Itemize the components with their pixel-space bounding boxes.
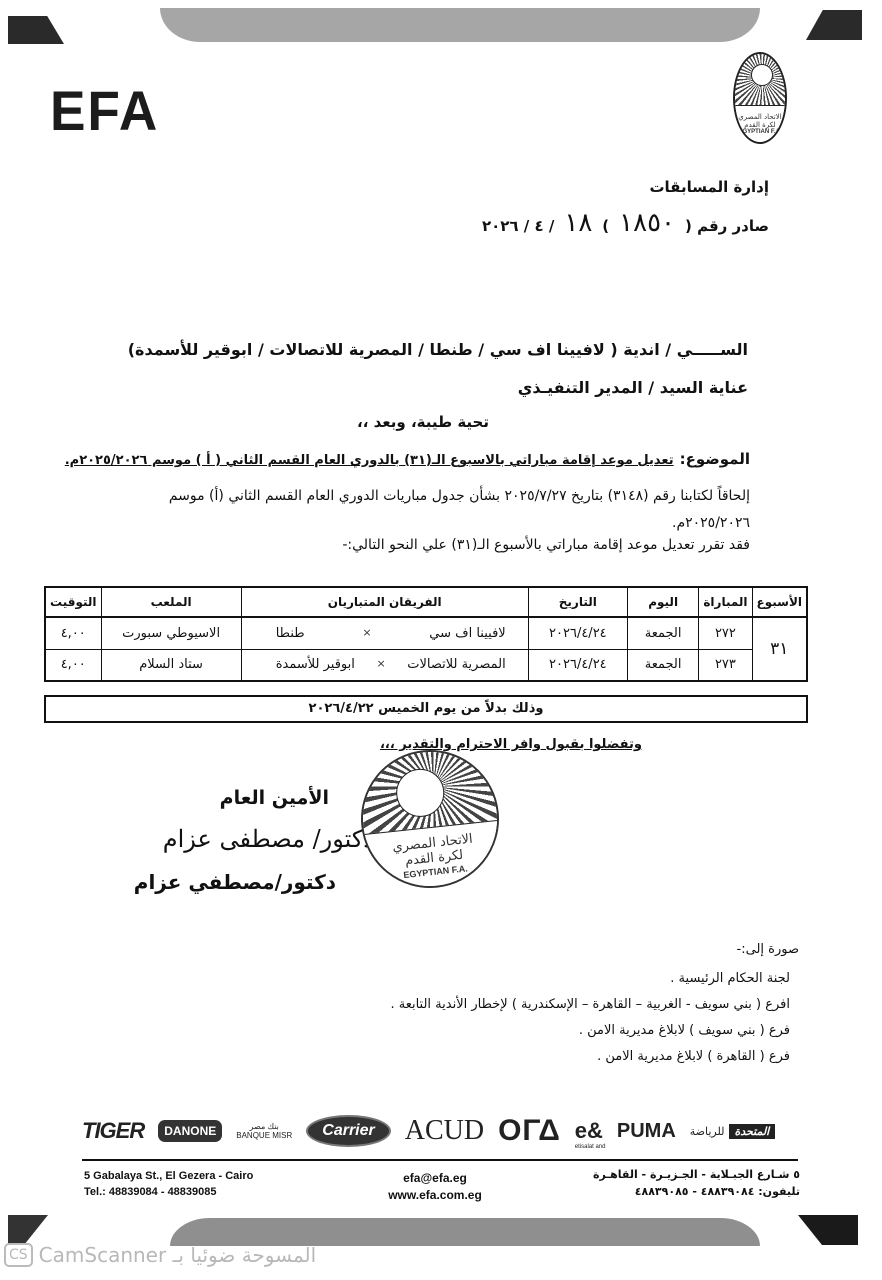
phone-ar: تليفون: ٤٨٨٣٩٠٨٤ - ٤٨٨٣٩٠٨٥ xyxy=(593,1183,800,1200)
footer-divider xyxy=(82,1159,798,1161)
department-title: إدارة المسابقات xyxy=(649,178,769,196)
united-box: المتحدة xyxy=(729,1124,776,1139)
emblem-caption: الاتحاد المصري لكرة القدم EGYPTIAN F.A. xyxy=(735,105,785,142)
issued-number: ١٨٥٠ xyxy=(619,208,675,238)
banque-misr-ar: بنك مصر xyxy=(250,1122,279,1131)
match-day: الجمعة xyxy=(627,649,698,681)
website-link[interactable]: www.efa.com.eg xyxy=(380,1187,490,1204)
header-date: التاريخ xyxy=(528,587,627,617)
carrier-logo: Carrier xyxy=(306,1115,390,1147)
greeting: تحية طيبة، وبعد ،، xyxy=(357,413,489,431)
table-header-row: الأسبوع المباراة اليوم التاريخ الفريقان … xyxy=(45,587,807,617)
emblem-english: EGYPTIAN F.A. xyxy=(738,129,781,136)
banque-misr-en: BANQUE MISR xyxy=(236,1131,292,1140)
decision-line: فقد تقرر تعديل موعد إقامة مباراتي بالأسب… xyxy=(342,537,750,553)
match-time: ٤,٠٠ xyxy=(45,649,101,681)
footer-contact: efa@efa.eg www.efa.com.eg xyxy=(380,1170,490,1204)
header-teams: الفريقان المتباريان xyxy=(241,587,528,617)
efa-emblem-icon: الاتحاد المصري لكرة القدم EGYPTIAN F.A. xyxy=(733,52,787,144)
camscanner-icon: CS xyxy=(4,1243,33,1267)
match-date: ٢٠٢٦/٤/٢٤ xyxy=(528,617,627,649)
efa-logo: EFA xyxy=(50,78,159,143)
letterhead-bottom-band xyxy=(170,1218,760,1246)
letterhead-corner-bottom-left xyxy=(8,1215,48,1245)
header-stadium: الملعب xyxy=(101,587,241,617)
addressee-line: الســـــي / اندية ( لافيينا اف سي / طنطا… xyxy=(128,340,748,359)
issued-number-line: صادر رقم ( ١٨٥٠ ) ١٨ / ٤ / ٢٠٢٦ xyxy=(482,208,769,238)
away-team: ابوقير للأسمدة xyxy=(276,657,355,672)
ora-logo: OΓΔ xyxy=(498,1114,561,1148)
signature-title: الأمين العام xyxy=(220,787,329,809)
emblem-arabic-line1: الاتحاد المصري xyxy=(738,113,781,121)
cc-item: افرع ( بني سويف - الغربية – القاهرة – ال… xyxy=(390,992,790,1018)
issued-label: صادر رقم ( xyxy=(685,217,769,235)
united-sports-logo: المتحدة للرياضة xyxy=(690,1124,775,1139)
versus-icon: × xyxy=(376,657,385,672)
header-time: التوقيت xyxy=(45,587,101,617)
match-time: ٤,٠٠ xyxy=(45,617,101,649)
sponsors-strip: TIGER DANONE بنك مصر BANQUE MISR Carrier… xyxy=(82,1110,802,1152)
table-row: ٣١ ٢٧٢ الجمعة ٢٠٢٦/٤/٢٤ لافيينا اف سي × … xyxy=(45,617,807,649)
emblem-arabic-line2: لكرة القدم xyxy=(744,121,775,129)
cc-item: لجنة الحكام الرئيسية . xyxy=(390,966,790,992)
cc-item: فرع ( بني سويف ) لابلاغ مديرية الامن . xyxy=(390,1018,790,1044)
watermark-text: المسوحة ضوئيا بـ CamScanner xyxy=(39,1243,317,1267)
stamp-caption: الاتحاد المصري لكرة القدم EGYPTIAN F.A. xyxy=(364,820,503,893)
email-link[interactable]: efa@efa.eg xyxy=(380,1170,490,1187)
signature-handwritten: دكتور/ مصطفى عزام xyxy=(163,825,374,853)
cc-list: لجنة الحكام الرئيسية . افرع ( بني سويف -… xyxy=(390,966,790,1070)
puma-logo: PUMA xyxy=(617,1120,676,1143)
etisalat-logo: e& etisalat and xyxy=(575,1118,603,1144)
cc-item: فرع ( القاهرة ) لابلاغ مديرية الامن . xyxy=(390,1044,790,1070)
acud-logo: ACUD xyxy=(405,1115,484,1147)
footer-address-en: 5 Gabalaya St., El Gezera - Cairo Tel.: … xyxy=(84,1168,253,1200)
issued-day: ١٨ xyxy=(564,208,592,238)
match-stadium: الاسيوطي سبورت xyxy=(101,617,241,649)
letterhead-top-band xyxy=(160,8,760,42)
danone-logo: DANONE xyxy=(158,1120,222,1142)
address-en-line1: 5 Gabalaya St., El Gezera - Cairo xyxy=(84,1168,253,1184)
week-cell: ٣١ xyxy=(752,617,807,681)
subject-line: الموضوع: تعديل موعد إقامة مباراتي بالاسب… xyxy=(65,450,750,468)
etisalat-mark: e& xyxy=(575,1118,603,1143)
phone-en: Tel.: 48839084 - 48839085 xyxy=(84,1184,253,1200)
issued-date: / ٤ / ٢٠٢٦ xyxy=(482,217,554,235)
table-footer-note: وذلك بدلاً من يوم الخميس ٢٠٢٦/٤/٢٢ xyxy=(44,695,808,723)
table-row: ٢٧٣ الجمعة ٢٠٢٦/٤/٢٤ المصرية للاتصالات ×… xyxy=(45,649,807,681)
letterhead-corner-bottom-right xyxy=(798,1215,858,1245)
letterhead-corner-top-right xyxy=(806,10,862,40)
tiger-logo: TIGER xyxy=(82,1118,144,1144)
etisalat-subtitle: etisalat and xyxy=(575,1144,606,1150)
home-team: لافيينا اف سي xyxy=(429,626,505,641)
home-team: المصرية للاتصالات xyxy=(407,657,505,672)
match-day: الجمعة xyxy=(627,617,698,649)
issued-close: ) xyxy=(602,217,609,235)
match-stadium: ستاد السلام xyxy=(101,649,241,681)
body-paragraph: إلحاقاً لكتابنا رقم (٣١٤٨) بتاريخ ٢٠٢٥/٧… xyxy=(100,483,750,537)
match-date: ٢٠٢٦/٤/٢٤ xyxy=(528,649,627,681)
header-week: الأسبوع xyxy=(752,587,807,617)
united-text: للرياضة xyxy=(690,1125,725,1138)
header-day: اليوم xyxy=(627,587,698,617)
footer-address-ar: ٥ شـارع الجبـلاية - الجـزيـرة - القاهـرة… xyxy=(593,1166,800,1200)
header-match: المباراة xyxy=(699,587,752,617)
match-number: ٢٧٢ xyxy=(699,617,752,649)
match-number: ٢٧٣ xyxy=(699,649,752,681)
letterhead-corner-top-left xyxy=(8,16,64,44)
match-schedule-table: الأسبوع المباراة اليوم التاريخ الفريقان … xyxy=(44,586,808,682)
match-teams: المصرية للاتصالات × ابوقير للأسمدة xyxy=(241,649,528,681)
official-stamp-icon: الاتحاد المصري لكرة القدم EGYPTIAN F.A. xyxy=(354,743,506,895)
match-teams: لافيينا اف سي × طنطا xyxy=(241,617,528,649)
away-team: طنطا xyxy=(276,626,305,641)
attention-line: عناية السيد / المدير التنفيـذي xyxy=(518,378,748,397)
versus-icon: × xyxy=(362,626,371,641)
address-ar-line1: ٥ شـارع الجبـلاية - الجـزيـرة - القاهـرة xyxy=(593,1166,800,1183)
football-icon xyxy=(751,64,773,86)
camscanner-watermark: CS المسوحة ضوئيا بـ CamScanner xyxy=(4,1243,316,1267)
banque-misr-logo: بنك مصر BANQUE MISR xyxy=(236,1122,292,1140)
subject-text: تعديل موعد إقامة مباراتي بالاسبوع الـ(٣١… xyxy=(65,453,674,468)
cc-heading: صورة إلى:- xyxy=(737,942,799,957)
subject-label: الموضوع: xyxy=(680,450,750,468)
signature-printed-name: دكتور/مصطفي عزام xyxy=(134,870,336,894)
